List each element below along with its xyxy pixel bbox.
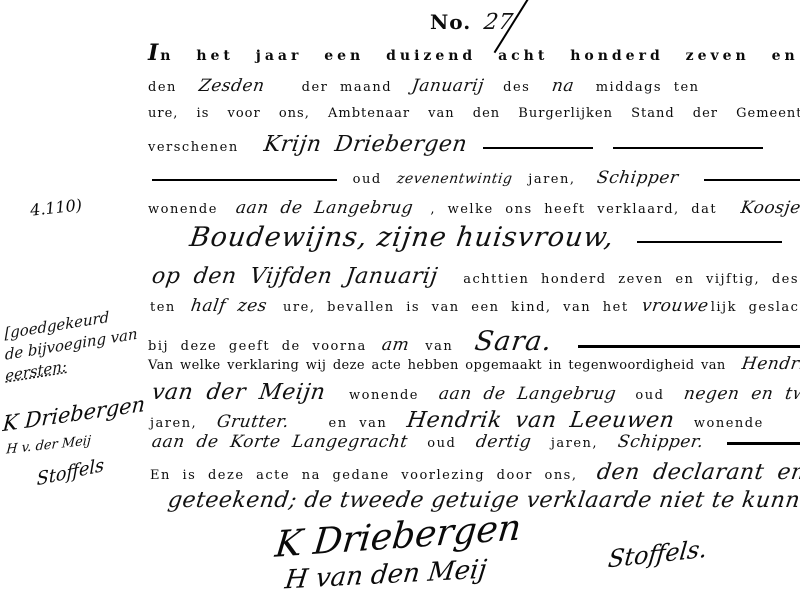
handwritten-witness2-age: dertig [475,432,533,452]
handwritten-month: Januarij [410,76,485,96]
printed-text: wonende [148,202,218,217]
fill-rule [727,442,800,445]
printed-text: van [425,339,453,354]
printed-text: , welke ons heeft verklaard, dat [430,202,717,217]
margin-signature-declarant: K Driebergen [2,392,146,436]
printed-text: oud [635,388,664,403]
handwritten-witness2-name: Hendrik van Leeuwen [405,408,676,433]
handwritten-witness1-address: aan de Langebrug [437,384,617,404]
drop-capital: I [148,40,160,66]
handwritten-insertion: am [381,335,411,355]
act-line-12: van der Meijn wonende aan de Langebrug o… [152,380,800,405]
margin-annotation: 4.110) [29,195,83,219]
number-label: No. [430,10,471,34]
handwritten-daypart: na [551,76,576,96]
printed-text: den [148,80,177,95]
fill-rule [152,179,337,181]
act-line-1: In het jaar een duizend acht honderd zev… [148,40,800,66]
printed-text: jaren, [528,172,575,187]
signature-official: Stoffels. [607,535,709,574]
handwritten-witness1-occupation: Grutter. [215,412,290,432]
handwritten-age: zevenentwintig [396,171,514,187]
act-line-14: aan de Korte Langegracht oud dertig jare… [152,432,800,452]
act-line-15: En is deze acte na gedane voorlezing doo… [150,460,800,485]
printed-text: des [503,80,530,95]
act-line-5: oud zevenentwintig jaren, Schipper [148,168,800,188]
handwritten-child-name: Sara. [473,326,555,357]
fill-rule [613,147,763,149]
handwritten-witness2-address: aan de Korte Langegracht [151,432,409,452]
printed-text: wonende [349,388,419,403]
printed-text: achttien honderd zeven en vijftig, des [463,272,799,287]
act-line-6: wonende aan de Langebrug , welke ons hee… [148,198,800,218]
handwritten-address: aan de Langebrug [234,198,414,218]
handwritten-witness1-surname: van der Meijn [150,380,327,405]
act-line-13: jaren, Grutter. en van Hendrik van Leeuw… [150,408,764,433]
printed-text: lijk geslacht, aan hetwelk [711,300,800,315]
act-line-9: ten half zes ure, bevallen is van een ki… [150,296,800,316]
handwritten-witness1-age: negen en twintig [683,384,800,404]
printed-text: verschenen [148,140,239,155]
printed-text: middags ten [596,80,700,95]
handwritten-day: Zesden [197,76,265,96]
handwritten-declarant-name: Krijn Driebergen [263,132,470,157]
handwritten-hour: half zes [190,296,269,316]
printed-text: jaren, [551,436,598,451]
document-number: No. 27 [430,10,513,35]
handwritten-closing-1: den declarant en de eerste getuige [595,460,800,485]
printed-text: en van [329,416,388,431]
act-line-4: verschenen Krijn Driebergen [148,132,767,157]
fill-rule [637,241,782,243]
printed-text: wonende [694,416,764,431]
printed-text: n het jaar een duizend acht honderd zeve… [160,48,800,64]
fill-rule [704,179,800,181]
act-line-2: den Zesden der maand Januarij des na mid… [148,76,700,96]
printed-text: bij deze geeft de voorna [148,339,367,354]
margin-signature-witness: H v. der Meij [6,433,92,457]
printed-text: oud [427,436,456,451]
printed-text: jaren, [150,416,197,431]
printed-text: ure, is voor ons, Ambtenaar van den Burg… [148,106,800,121]
printed-text: ten [150,300,176,315]
handwritten-birthdate: op den Vijfden Januarij [150,264,439,289]
handwritten-witness2-occupation: Schipper. [616,432,704,452]
handwritten-witness1-firstname: Hendrik [741,354,800,374]
fill-rule [578,345,800,348]
handwritten-mother-firstname: Koosje [739,198,800,218]
birth-record-scan: No. 27 In het jaar een duizend acht hond… [0,0,800,600]
margin-note: [goedgekeurd de bijvoeging van eersten: [4,300,153,387]
act-line-3: ure, is voor ons, Ambtenaar van den Burg… [148,106,800,121]
handwritten-gender: vrouwe [641,296,710,316]
act-line-11: Van welke verklaring wij deze acte hebbe… [148,354,800,374]
printed-text: Van welke verklaring wij deze acte hebbe… [148,358,726,373]
handwritten-occupation: Schipper [596,168,680,188]
number-value: 27 [483,10,516,35]
act-line-7: Boudewijns, zijne huisvrouw, [190,222,786,253]
act-line-10: bij deze geeft de voorna am van Sara. [148,326,800,357]
handwritten-mother-surname: Boudewijns, zijne huisvrouw, [188,222,616,253]
printed-text: En is deze acte na gedane voorlezing doo… [150,468,578,483]
act-line-8: op den Vijfden Januarij achttien honderd… [152,264,800,289]
printed-text: oud [353,172,382,187]
printed-text: der maand [302,80,392,95]
margin-signature-official: Stoffels [37,455,104,491]
fill-rule [483,147,593,149]
printed-text: ure, bevallen is van een kind, van het [283,300,629,315]
